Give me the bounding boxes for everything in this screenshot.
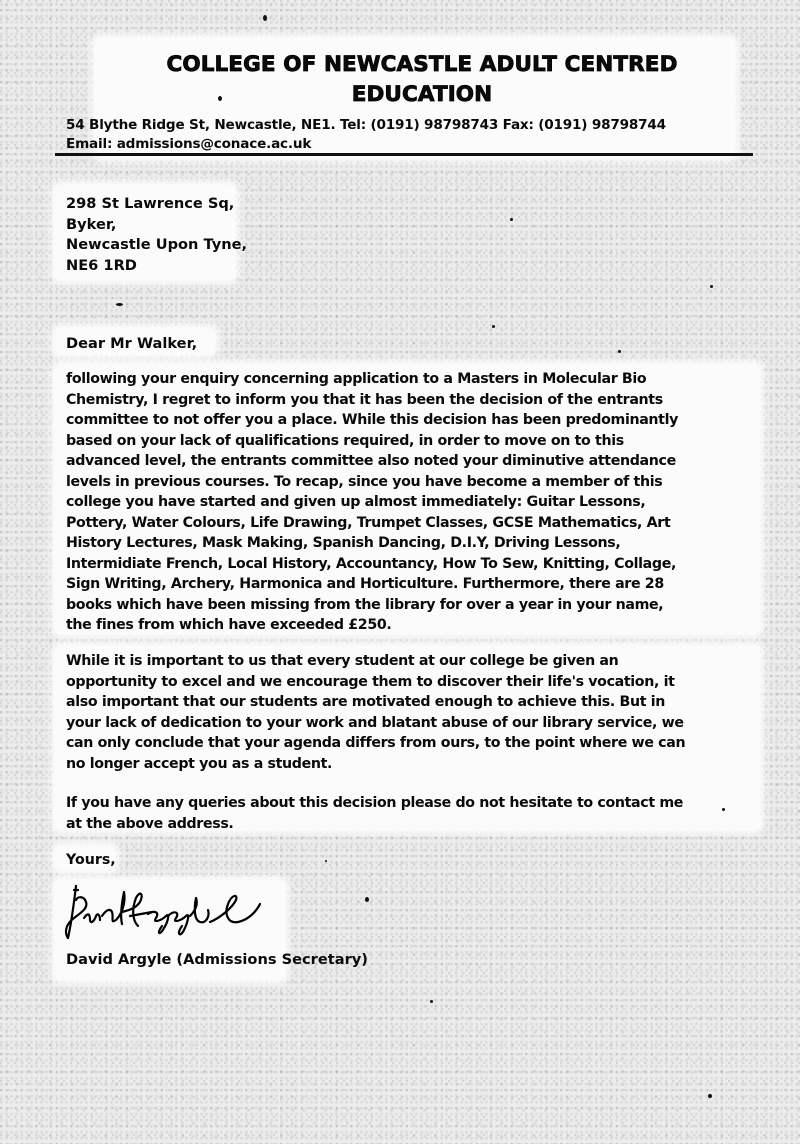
text-line: If you have any queries about this decis… [66, 793, 766, 814]
speck [365, 897, 369, 902]
text-line: advanced level, the entrants committee a… [66, 451, 766, 472]
text-line: Chemistry, I regret to inform you that i… [66, 390, 766, 411]
body-paragraph-2: While it is important to us that every s… [66, 651, 766, 774]
body-paragraph-3: If you have any queries about this decis… [66, 793, 766, 834]
speck [116, 303, 123, 306]
speck [218, 96, 222, 101]
salutation: Dear Mr Walker, [66, 334, 197, 354]
speck [618, 350, 621, 353]
recipient-address: 298 St Lawrence Sq, Byker, Newcastle Upo… [66, 194, 247, 276]
college-email-line: Email: admissions@conace.ac.uk [66, 134, 311, 154]
speck [510, 218, 513, 221]
speck [263, 15, 267, 21]
text-line: Intermidiate French, Local History, Acco… [66, 554, 766, 575]
address-line: Byker, [66, 215, 247, 236]
address-line: 298 St Lawrence Sq, [66, 194, 247, 215]
address-line: NE6 1RD [66, 256, 247, 277]
closing: Yours, [66, 852, 116, 868]
text-line: books which have been missing from the l… [66, 595, 766, 616]
text-line: also important that our students are mot… [66, 692, 766, 713]
speck [708, 1094, 712, 1098]
text-line: college you have started and given up al… [66, 492, 766, 513]
body-paragraph-1: following your enquiry concerning applic… [66, 369, 766, 636]
letterhead-divider [55, 153, 753, 156]
text-line: at the above address. [66, 814, 766, 835]
text-line: While it is important to us that every s… [66, 651, 766, 672]
speck [722, 808, 725, 811]
handwritten-signature-icon [60, 882, 290, 944]
text-line: no longer accept you as a student. [66, 754, 766, 775]
text-line: levels in previous courses. To recap, si… [66, 472, 766, 493]
text-line: your lack of dedication to your work and… [66, 713, 766, 734]
speck [325, 860, 327, 862]
college-name-line1: COLLEGE OF NEWCASTLE ADULT CENTRED [22, 50, 800, 80]
college-name-line2: EDUCATION [22, 80, 800, 110]
speck [492, 325, 495, 328]
speck [430, 1000, 433, 1003]
text-line: Sign Writing, Archery, Harmonica and Hor… [66, 574, 766, 595]
text-line: opportunity to excel and we encourage th… [66, 672, 766, 693]
signatory-name: David Argyle (Admissions Secretary) [66, 951, 368, 968]
text-line: History Lectures, Mask Making, Spanish D… [66, 533, 766, 554]
text-line: following your enquiry concerning applic… [66, 369, 766, 390]
speck [710, 285, 713, 288]
text-line: based on your lack of qualifications req… [66, 431, 766, 452]
text-line: Pottery, Water Colours, Life Drawing, Tr… [66, 513, 766, 534]
college-contact-line: 54 Blythe Ridge St, Newcastle, NE1. Tel:… [66, 115, 666, 135]
text-line: committee to not offer you a place. Whil… [66, 410, 766, 431]
address-line: Newcastle Upon Tyne, [66, 235, 247, 256]
text-line: can only conclude that your agenda diffe… [66, 733, 766, 754]
letter-page: COLLEGE OF NEWCASTLE ADULT CENTRED EDUCA… [0, 0, 800, 1144]
text-line: the fines from which have exceeded £250. [66, 615, 766, 636]
